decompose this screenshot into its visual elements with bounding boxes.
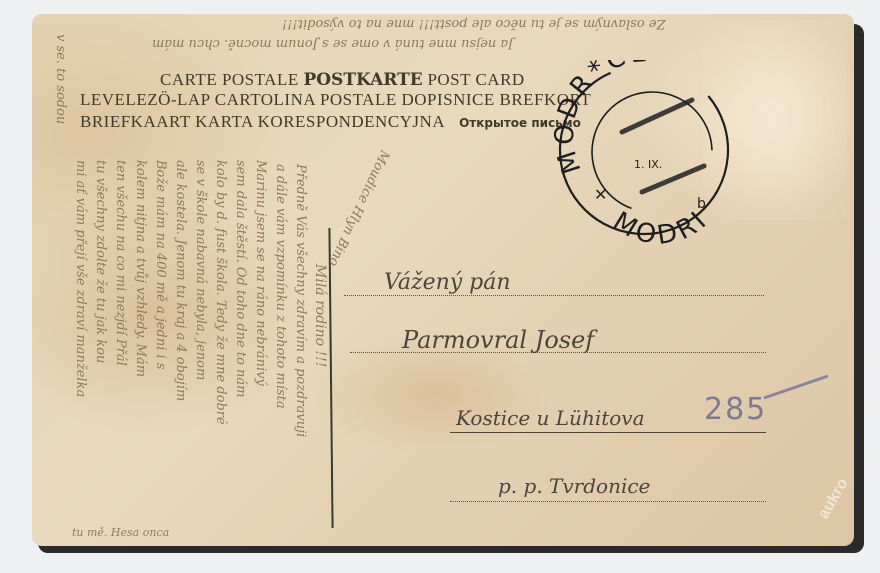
postmark-letter: b bbox=[697, 196, 706, 212]
address-line-3 bbox=[450, 432, 766, 433]
address-post-office: p. p. Tvrdonice bbox=[498, 474, 650, 498]
message-line: mi ať vám přejí vše zdraví manželka bbox=[73, 160, 88, 397]
header-text: BRIEFKAART KARTA KORESPONDENCYJNA bbox=[80, 112, 445, 131]
pencil-number: 285 bbox=[704, 392, 767, 427]
postmark-icon: MODR*CE MODRI 1. IX. b ✕ bbox=[552, 60, 742, 260]
message-line: kolo by d. fust škola. Tedy že mne dobré bbox=[213, 160, 228, 425]
message-line: ale kostela. Jenom tu kraj a 4 obojím bbox=[173, 160, 188, 401]
message-line: kolem nitjna a tvůj vzhledy. Mám bbox=[133, 160, 148, 377]
message-line: tu všechny zdolte že tu jak kou bbox=[93, 160, 108, 363]
message-line: sem dala štěstí. Od toho dne to nám bbox=[233, 160, 248, 398]
header-bold-text: POSTKARTE bbox=[303, 70, 422, 90]
header-line-3: BRIEFKAART KARTA KORESPONDENCYJNAОткрыто… bbox=[80, 112, 581, 132]
address-line-4 bbox=[450, 501, 766, 502]
address-salutation: Vážený pán bbox=[384, 270, 511, 295]
address-name: Parmovral Josef bbox=[402, 326, 594, 354]
side-note: Moudice Hlyn Bino bbox=[325, 148, 392, 269]
message-line: Marinu jsem se na ráno nebránivý bbox=[253, 160, 268, 386]
header-text: CARTE POSTALE bbox=[160, 70, 303, 89]
message-line: Předně Vás všechny zdravím a pozdravuji bbox=[293, 164, 308, 437]
header-line-2: LEVELEZÖ-LAP CARTOLINA POSTALE DOPISNICE… bbox=[80, 90, 591, 110]
upside-down-note-line: Ja nejsu mne tuná v ome se s Jonum mocně… bbox=[152, 36, 513, 51]
upside-down-note-line: Ze oslavným se je tu něco ale postt!!! m… bbox=[282, 16, 666, 31]
message-line: Bože mám na 400 mě a jedni i s bbox=[153, 160, 168, 370]
postcard: Ze oslavným se je tu něco ale postt!!! m… bbox=[32, 14, 854, 546]
postmark-date: 1. IX. bbox=[634, 158, 662, 171]
pencil-stroke-icon bbox=[762, 372, 832, 402]
message-line: ten všechu na co mi nezjdí Přál bbox=[113, 160, 128, 366]
message-bottom-edge: tu mě. Hesa onca bbox=[72, 526, 169, 539]
address-town: Kostice u Lühitova bbox=[456, 406, 645, 430]
message-address-divider bbox=[328, 228, 333, 528]
header-line-1: CARTE POSTALE POSTKARTE POST CARD bbox=[160, 70, 525, 90]
message-left-edge: v se. to sodou bbox=[53, 34, 68, 124]
header-text: POST CARD bbox=[423, 70, 525, 89]
message-line: se v škole nabavná nebyla, jenom bbox=[193, 160, 208, 380]
message-greeting: Milá rodino !!! bbox=[312, 264, 328, 367]
address-line-1 bbox=[344, 295, 764, 296]
message-line: a dále vám vzpomínku z tohoto místa bbox=[273, 164, 288, 409]
svg-text:✕: ✕ bbox=[594, 185, 607, 204]
